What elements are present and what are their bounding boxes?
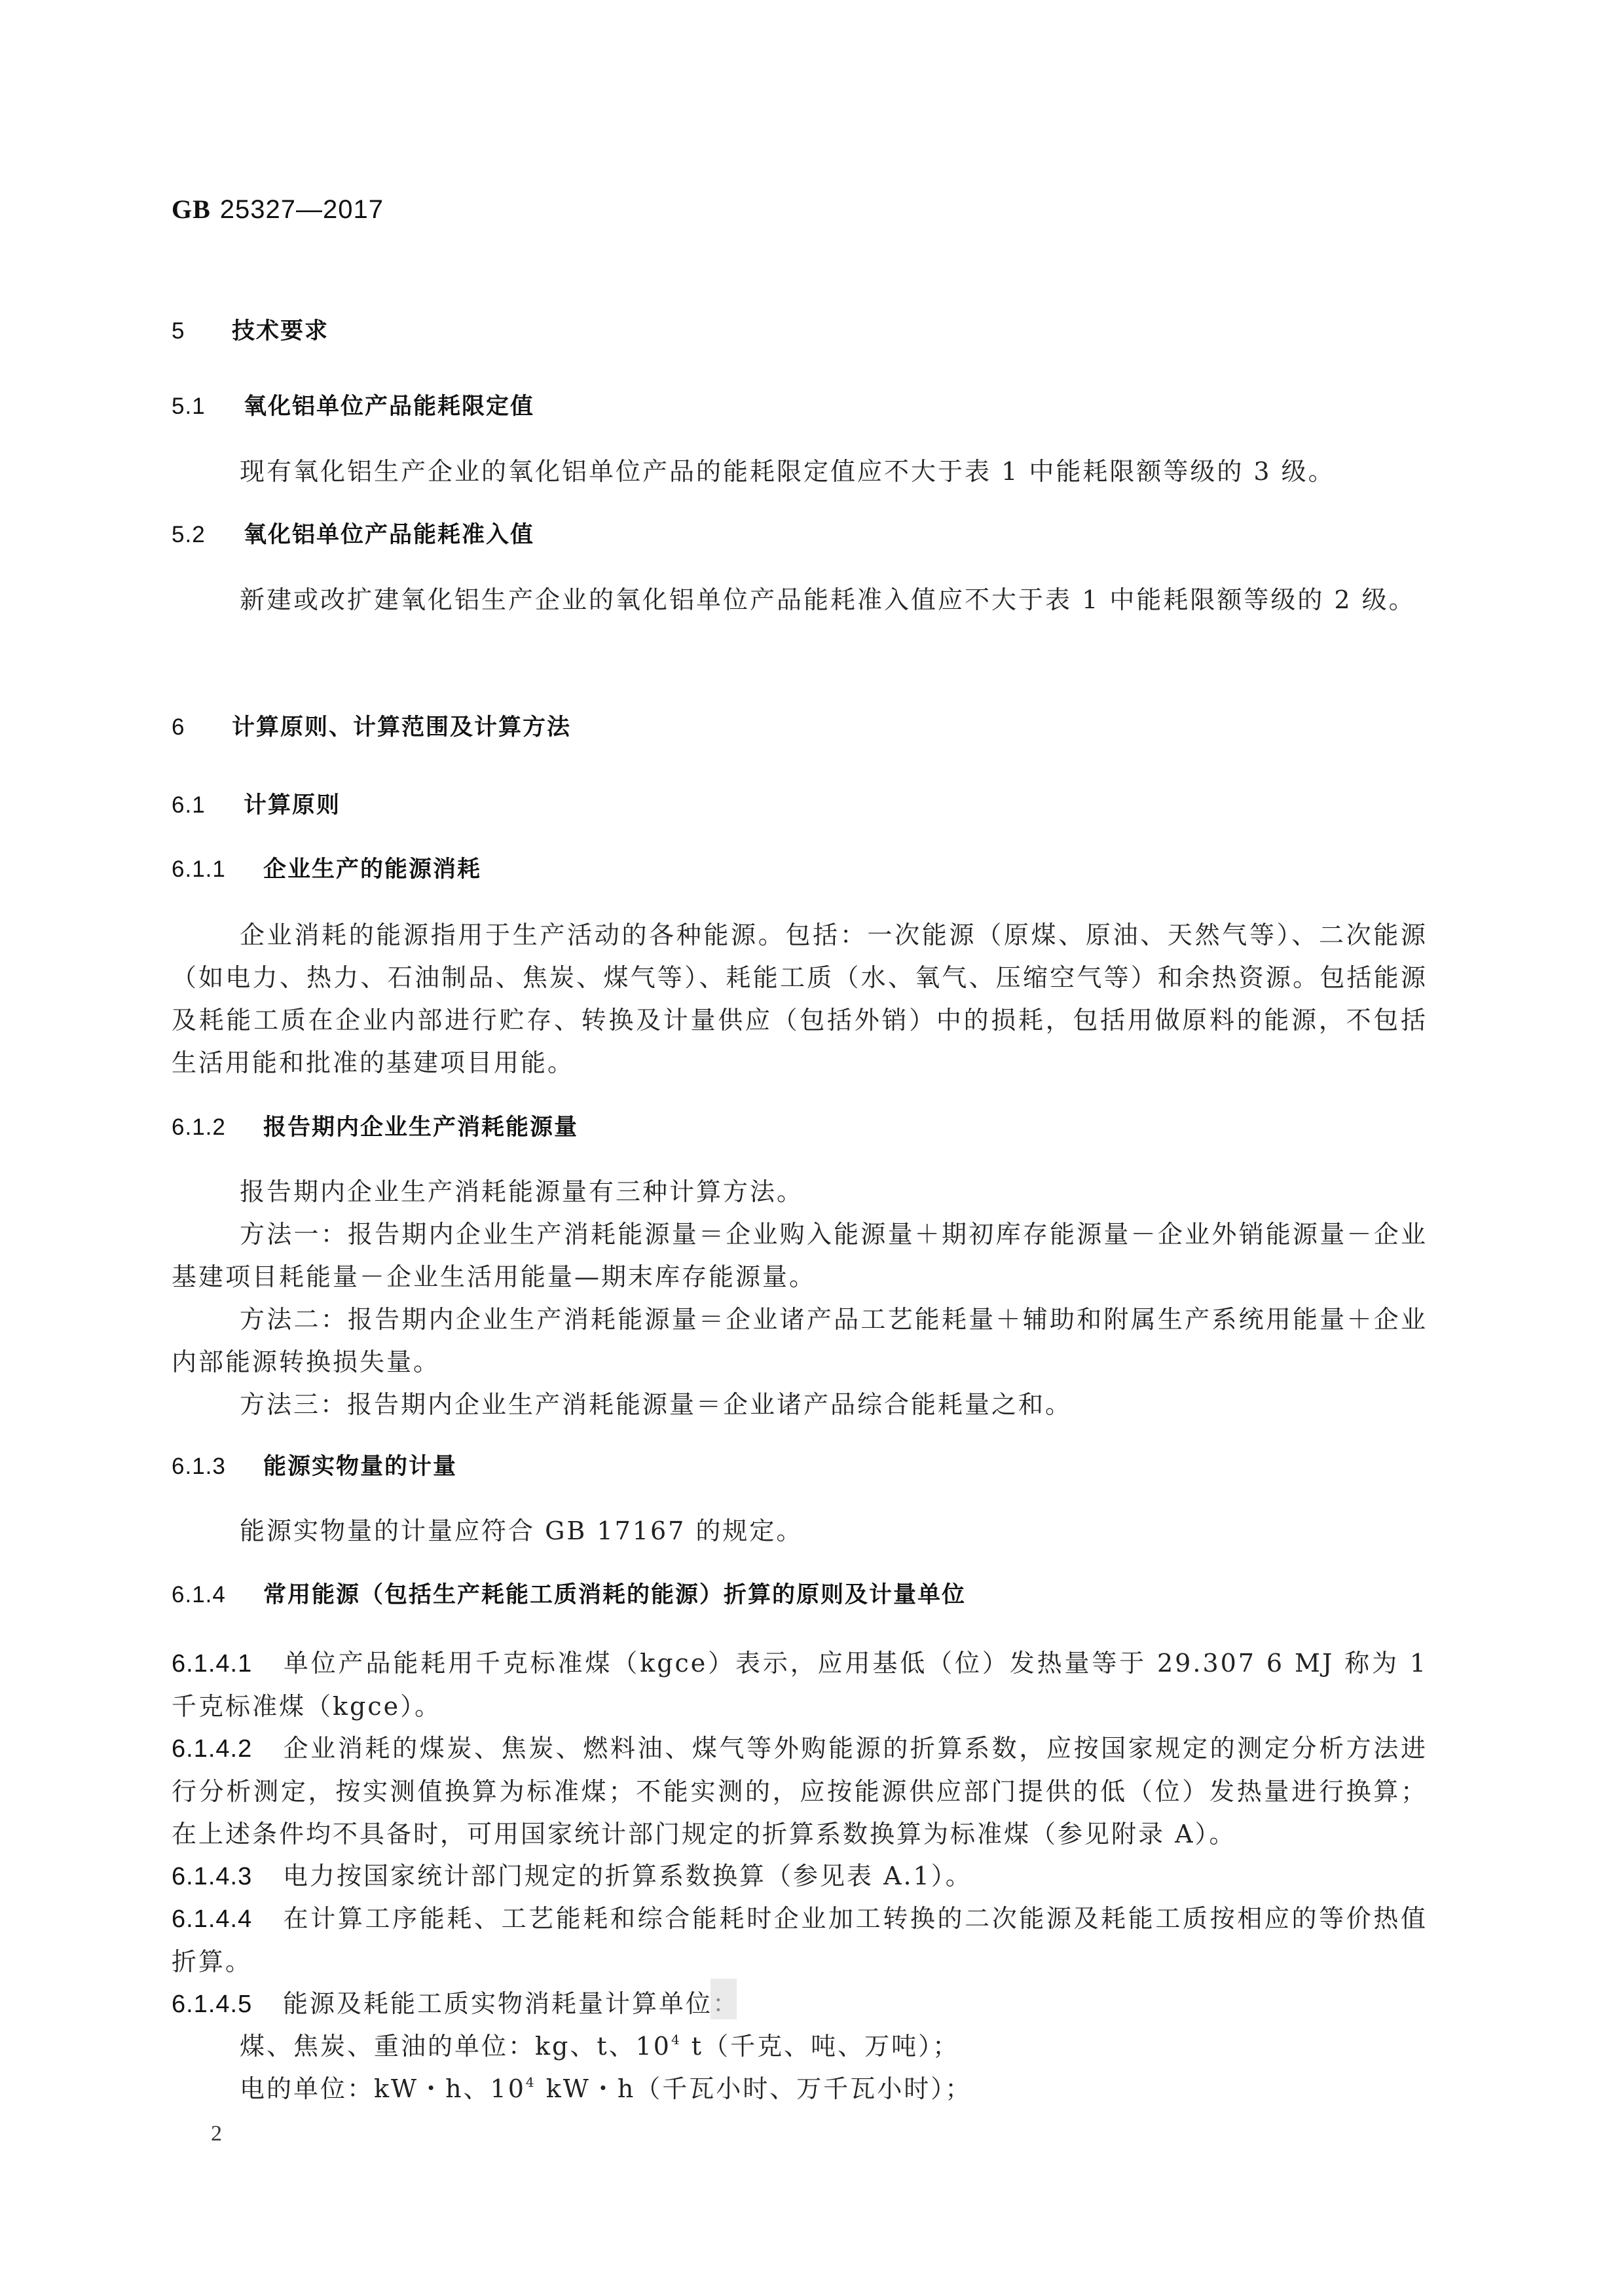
heading-title: 氧化铝单位产品能耗准入值	[244, 522, 534, 548]
heading-5: 5技术要求	[172, 316, 1428, 347]
standard-number-header: GB25327—2017	[172, 194, 384, 225]
heading-6-1-1: 6.1.1企业生产的能源消耗	[172, 854, 1428, 885]
standard-prefix: GB	[172, 194, 211, 224]
heading-title: 企业生产的能源消耗	[263, 856, 481, 883]
exponent: 4	[526, 2074, 536, 2090]
heading-6-1-4: 6.1.4常用能源（包括生产耗能工质消耗的能源）折算的原则及计量单位	[172, 1579, 1428, 1611]
clause-number: 6.1.4.3	[172, 1856, 283, 1898]
clause-6-1-4-3: 6.1.4.3电力按国家统计部门规定的折算系数换算（参见表 A.1）。	[172, 1855, 1428, 1898]
clause-text: 电力按国家统计部门规定的折算系数换算（参见表 A.1）。	[283, 1862, 972, 1890]
paragraph-method-2: 方法二：报告期内企业生产消耗能源量＝企业诸产品工艺能耗量＋辅助和附属生产系统用能…	[172, 1298, 1428, 1384]
heading-number: 5.2	[172, 519, 244, 551]
units-text: 煤、焦炭、重油的单位：kg、t、10	[240, 2032, 671, 2061]
heading-number: 6	[172, 712, 232, 743]
heading-6-1: 6.1计算原则	[172, 790, 1428, 821]
heading-6-1-3: 6.1.3能源实物量的计量	[172, 1451, 1428, 1482]
heading-title: 计算原则、计算范围及计算方法	[232, 714, 571, 741]
units-text: t（千克、吨、万吨）；	[682, 2032, 959, 2061]
paragraph-6-1-2-intro: 报告期内企业生产消耗能源量有三种计算方法。	[172, 1171, 1428, 1213]
clause-text: 在计算工序能耗、工艺能耗和综合能耗时企业加工转换的二次能源及耗能工质按相应的等价…	[172, 1904, 1428, 1976]
heading-number: 6.1	[172, 790, 244, 821]
clause-6-1-4-5: 6.1.4.5能源及耗能工质实物消耗量计算单位：	[172, 1983, 1428, 2026]
page-number: 2	[211, 2121, 222, 2146]
heading-number: 6.1.3	[172, 1451, 263, 1482]
clause-6-1-4-4: 6.1.4.4在计算工序能耗、工艺能耗和综合能耗时企业加工转换的二次能源及耗能工…	[172, 1898, 1428, 1983]
paragraph-6-1-3: 能源实物量的计量应符合 GB 17167 的规定。	[172, 1510, 1428, 1552]
clause-number: 6.1.4.4	[172, 1898, 283, 1941]
heading-6: 6计算原则、计算范围及计算方法	[172, 712, 1428, 743]
clause-number: 6.1.4.2	[172, 1728, 283, 1771]
standard-number: 25327—2017	[220, 195, 384, 224]
heading-number: 6.1.1	[172, 854, 263, 885]
paragraph-method-1: 方法一：报告期内企业生产消耗能源量＝企业购入能源量＋期初库存能源量－企业外销能源…	[172, 1213, 1428, 1298]
heading-title: 常用能源（包括生产耗能工质消耗的能源）折算的原则及计量单位	[263, 1582, 966, 1608]
heading-title: 能源实物量的计量	[263, 1454, 457, 1480]
heading-number: 6.1.4	[172, 1579, 263, 1611]
units-text: 电的单位：kW・h、10	[240, 2074, 526, 2103]
clause-text: 企业消耗的煤炭、焦炭、燃料油、煤气等外购能源的折算系数，应按国家规定的测定分析方…	[172, 1734, 1428, 1848]
heading-number: 6.1.2	[172, 1112, 263, 1143]
paragraph-5-1: 现有氧化铝生产企业的氧化铝单位产品的能耗限定值应不大于表 1 中能耗限额等级的 …	[172, 450, 1428, 493]
heading-title: 氧化铝单位产品能耗限定值	[244, 394, 534, 420]
paragraph-5-2: 新建或改扩建氧化铝生产企业的氧化铝单位产品能耗准入值应不大于表 1 中能耗限额等…	[172, 579, 1428, 621]
heading-title: 技术要求	[232, 318, 329, 344]
paragraph-6-1-1: 企业消耗的能源指用于生产活动的各种能源。包括：一次能源（原煤、原油、天然气等）、…	[172, 914, 1428, 1084]
heading-number: 5.1	[172, 391, 244, 422]
clause-6-1-4-2: 6.1.4.2企业消耗的煤炭、焦炭、燃料油、煤气等外购能源的折算系数，应按国家规…	[172, 1727, 1428, 1856]
paragraph-method-3: 方法三：报告期内企业生产消耗能源量＝企业诸产品综合能耗量之和。	[172, 1384, 1428, 1426]
heading-6-1-2: 6.1.2报告期内企业生产消耗能源量	[172, 1112, 1428, 1143]
units-text: kW・h（千瓦小时、万千瓦小时）；	[536, 2074, 972, 2103]
heading-number: 5	[172, 316, 232, 347]
units-electricity: 电的单位：kW・h、104 kW・h（千瓦小时、万千瓦小时）；	[172, 2068, 1496, 2110]
heading-title: 计算原则	[244, 792, 341, 818]
scan-smudge	[710, 1979, 737, 2019]
clause-number: 6.1.4.5	[172, 1983, 283, 2026]
exponent: 4	[671, 2032, 682, 2047]
heading-5-2: 5.2氧化铝单位产品能耗准入值	[172, 519, 1428, 551]
heading-5-1: 5.1氧化铝单位产品能耗限定值	[172, 391, 1428, 422]
clause-text: 单位产品能耗用千克标准煤（kgce）表示，应用基低（位）发热量等于 29.307…	[172, 1649, 1428, 1721]
clause-text: 能源及耗能工质实物消耗量计算单位：	[283, 1989, 739, 2018]
clause-6-1-4-1: 6.1.4.1单位产品能耗用千克标准煤（kgce）表示，应用基低（位）发热量等于…	[172, 1642, 1428, 1728]
heading-title: 报告期内企业生产消耗能源量	[263, 1114, 578, 1141]
clause-number: 6.1.4.1	[172, 1643, 283, 1685]
units-coal: 煤、焦炭、重油的单位：kg、t、104 t（千克、吨、万吨）；	[172, 2025, 1496, 2068]
